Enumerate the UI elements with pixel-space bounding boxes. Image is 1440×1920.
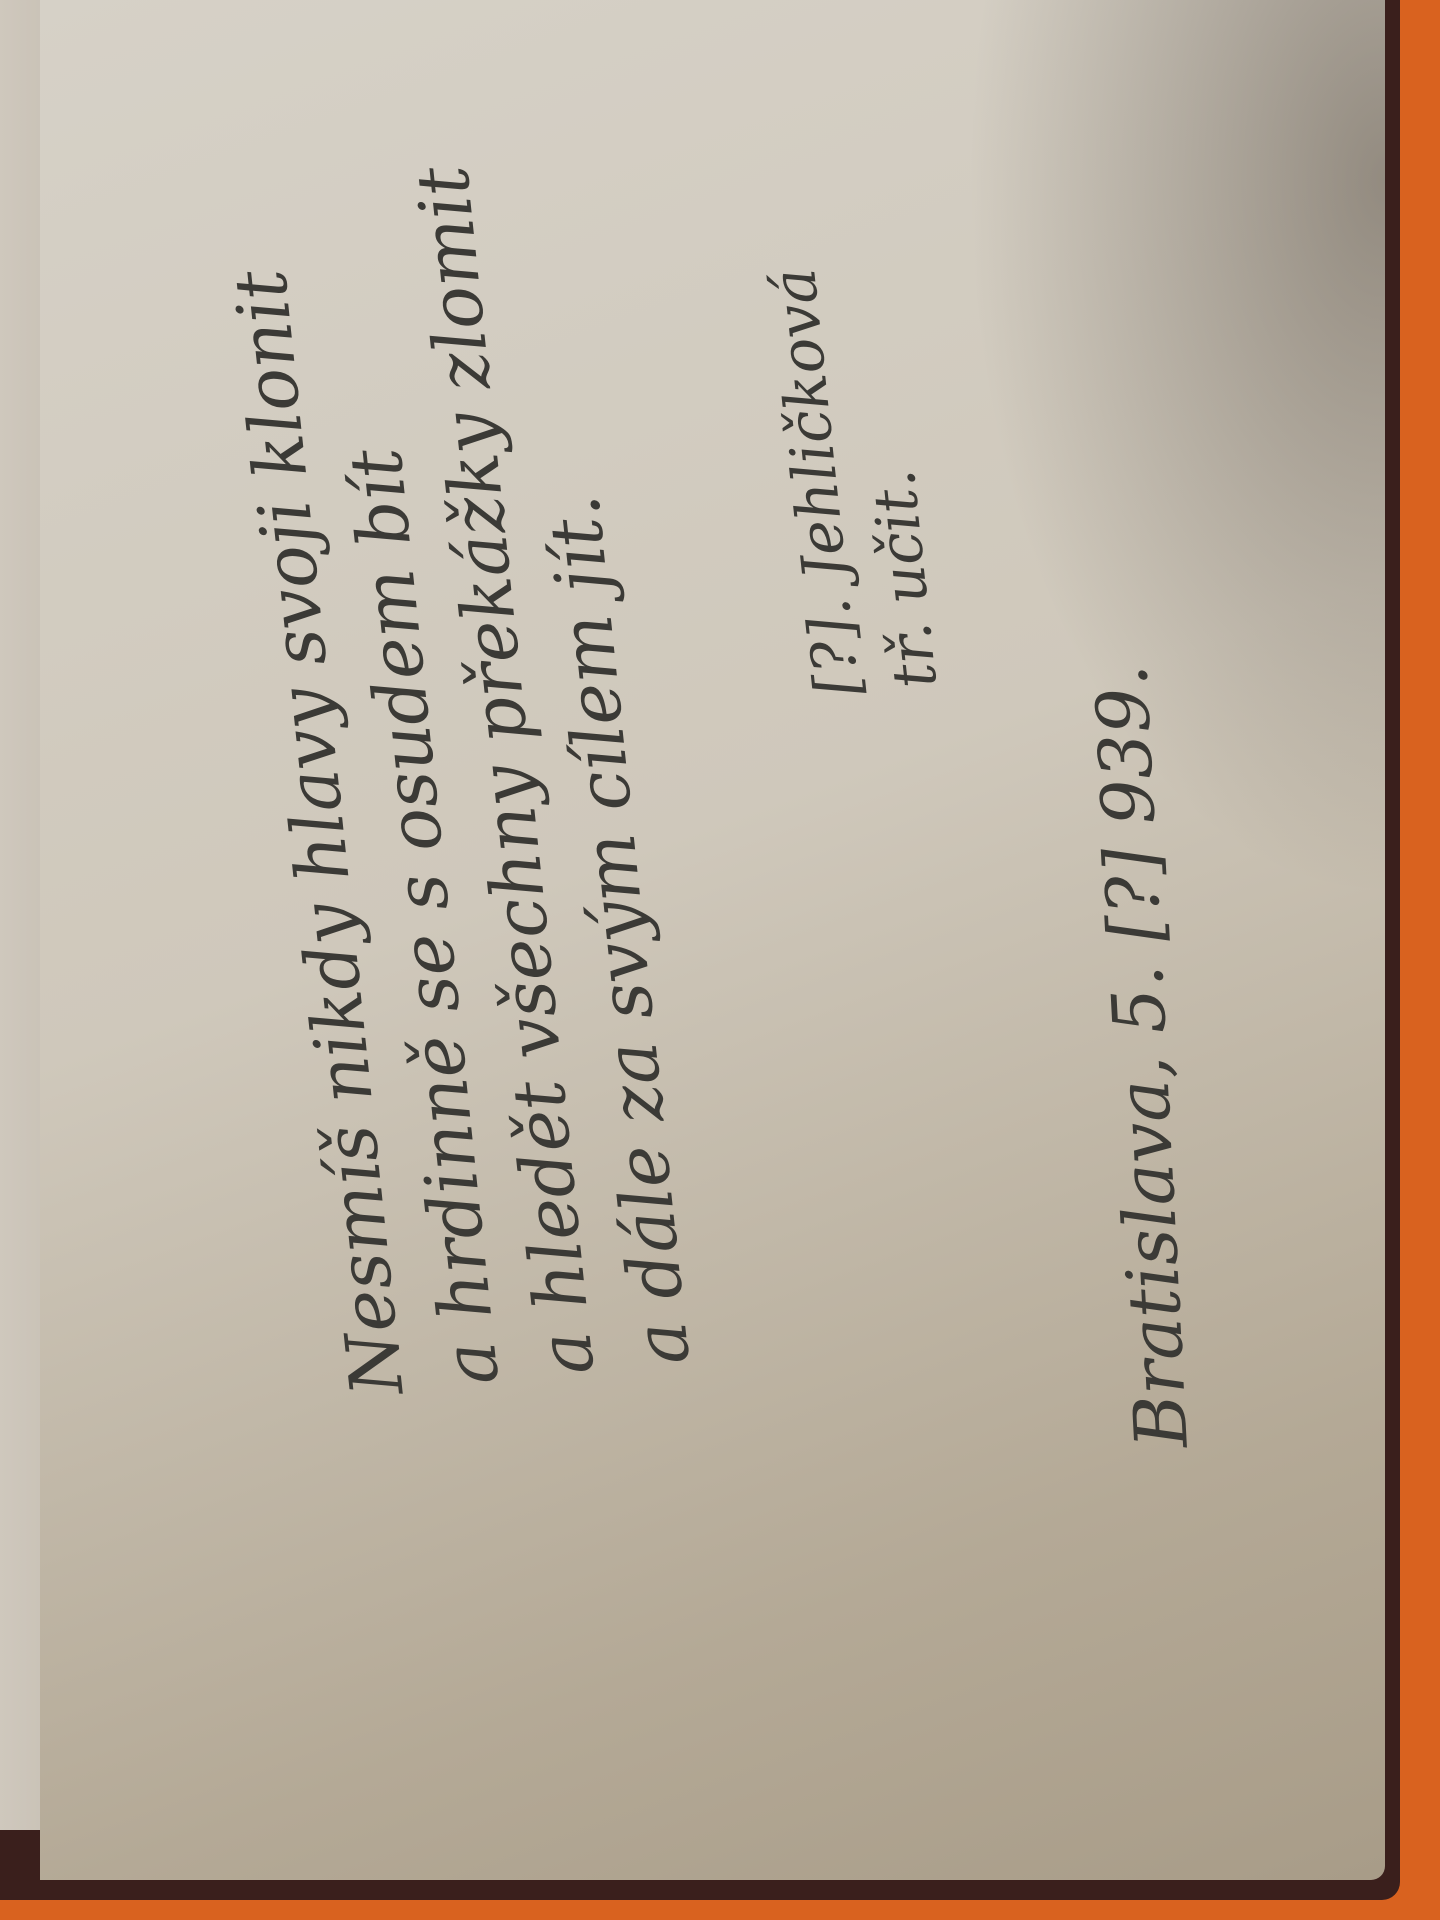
album-page: Nesmíš nikdy hlavy svoji klonit a hrdinn…: [40, 0, 1385, 1880]
verse: Nesmíš nikdy hlavy svoji klonit a hrdinn…: [203, 152, 712, 1400]
page-content: Nesmíš nikdy hlavy svoji klonit a hrdinn…: [40, 0, 1385, 1880]
date-line: Bratislava, 5. [?] 939.: [1079, 663, 1204, 1450]
signature: [?]. Jehličková tř. učit.: [755, 257, 955, 700]
